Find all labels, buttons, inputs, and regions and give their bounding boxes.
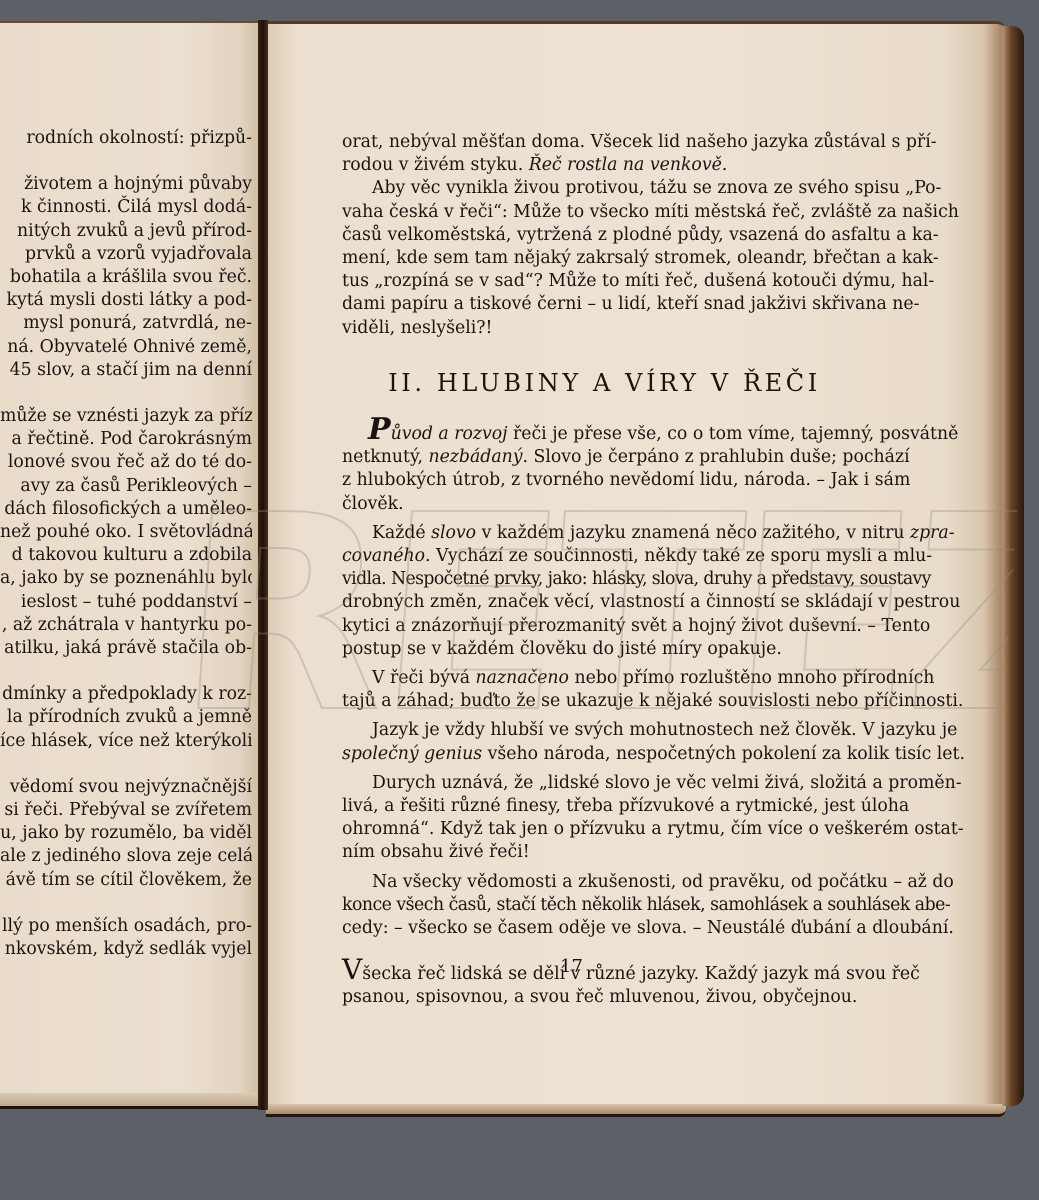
text-line: 45 slov, a stačí jim na denní: [0, 359, 252, 382]
drop-cap: V: [342, 953, 362, 986]
paragraph-7-line: Všecka řeč lidská se dělí v různé jazyky…: [342, 960, 867, 986]
text-line: rodních okolností: přizpů-: [0, 127, 252, 150]
text-line: mení, kde sem tam nějaký zakrsalý strome…: [342, 247, 867, 270]
paragraph-2-line: kytici a znázorňují přerozmanitý svět a …: [342, 615, 867, 638]
chapter-title: II. HLUBINY A VÍRY V ŘEČI: [342, 369, 867, 397]
text-line: si řeči. Přebýval se zvířetem: [0, 799, 252, 822]
paragraph-2-line: postup se v každém člověku do jisté míry…: [342, 638, 867, 661]
text-line: vědomí svou nejvýznačnější: [0, 776, 252, 799]
text-line: vaha česká v řeči“: Může to všecko míti …: [342, 201, 867, 224]
paragraph-5-line: Durych uznává, že „lidské slovo je věc v…: [342, 772, 867, 795]
right-page-bottom-edge: [266, 1104, 1006, 1117]
text-line: kytá mysli dosti látky a pod-: [0, 289, 252, 312]
paragraph-2-line: drobných změn, značek věcí, vlastností a…: [342, 591, 867, 614]
page-number: 17: [560, 956, 583, 977]
paragraph-3-line: tajů a záhad; buďto že se ukazuje k něja…: [342, 690, 867, 713]
text-line: ná. Obyvatelé Ohnivé země,: [0, 336, 252, 359]
paragraph-7-line: psanou, spisovnou, a svou řeč mluvenou, …: [342, 986, 867, 1009]
text-line: Aby věc vynikla živou protivou, tážu se …: [342, 177, 867, 200]
paragraph-5-line: ohromná“. Když tak jen o přízvuku a rytm…: [342, 818, 867, 841]
paragraph-2-line: Každé slovo v každém jazyku znamená něco…: [342, 522, 867, 545]
left-page-bottom-edge: [0, 1094, 262, 1109]
text-line: ale z jediného slova zeje celá: [0, 845, 252, 868]
text-line: rodou v živém styku. Řeč rostla na venko…: [342, 154, 867, 177]
text-line: prvků a vzorů vyjadřovala: [0, 243, 252, 266]
text-line: a, jako by se poznenáhlu bylo: [0, 567, 252, 590]
paragraph-5-line: ním obsahu živé řeči!: [342, 841, 867, 864]
left-page-text: rodních okolností: přizpů-životem a hojn…: [0, 127, 252, 961]
text-line: llý po menších osadách, pro-: [0, 915, 252, 938]
text-line: ávě tím se cítil člověkem, že: [0, 869, 252, 892]
paragraph-3-line: V řeči bývá naznačeno nebo přímo rozlušt…: [342, 667, 867, 690]
text-line: dami papíru a tiskové černi – u lidí, kt…: [342, 293, 867, 316]
text-line: nitých zvuků a jevů přírod-: [0, 220, 252, 243]
paragraph-1-line: netknutý, nezbádaný. Slovo je čerpáno z …: [342, 446, 867, 469]
text-line: lonové svou řeč až do té do-: [0, 451, 252, 474]
paragraph-gap: [0, 892, 252, 915]
book-cover-edge: [1002, 26, 1024, 1106]
paragraph-gap: [0, 382, 252, 405]
paragraph-1-line: z hlubokých útrob, z tvorného nevědomí l…: [342, 469, 867, 492]
text-line: časů velkoměstská, vytržená z plodné půd…: [342, 224, 867, 247]
text-line: u, jako by rozumělo, ba viděl: [0, 822, 252, 845]
text-line: životem a hojnými půvaby: [0, 173, 252, 196]
text-line: než pouhé oko. I světovládná: [0, 521, 252, 544]
text-line: atilku, jaká právě stačila ob-: [0, 637, 252, 660]
text-line: tus „rozpíná se v sad“? Může to míti řeč…: [342, 270, 867, 293]
text-line: , až zchátrala v hantyrku po-: [0, 614, 252, 637]
text-line: dmínky a předpoklady k roz-: [0, 683, 252, 706]
paragraph-6-line: konce všech časů, stačí těch několik hlá…: [342, 894, 867, 917]
paragraph-2-line: vidla. Nespočetné prvky, jako: hlásky, s…: [342, 568, 867, 591]
paragraph-gap: [0, 753, 252, 776]
text-line: mysl ponurá, zatvrdlá, ne-: [0, 312, 252, 335]
right-page-intro: orat, nebýval měšťan doma. Všecek lid na…: [342, 131, 867, 340]
drop-cap: P: [368, 412, 391, 447]
text-line: k činnosti. Čilá mysl dodá-: [0, 196, 252, 219]
paragraph-1-line: člověk.: [342, 493, 867, 516]
text-line: může se vznésti jazyk za příz-: [0, 405, 252, 428]
text-line: bohatila a krášlila svou řeč.: [0, 266, 252, 289]
paragraph-6-line: cedy: – všecko se časem oděje ve slova. …: [342, 917, 867, 940]
text-line: dách filosofických a uměleo-: [0, 498, 252, 521]
text-line: nkovském, když sedlák vyjel: [0, 938, 252, 961]
text-line: avy za časů Perikleových –: [0, 475, 252, 498]
paragraph-5-line: livá, a řešiti různé finesy, třeba přízv…: [342, 795, 867, 818]
paragraph-gap: [0, 660, 252, 683]
paragraph-4-line: společný genius všeho národa, nespočetný…: [342, 743, 867, 766]
text-line: viděli, neslyšeli?!: [342, 317, 867, 340]
paragraph-gap: [0, 150, 252, 173]
book-gutter: [258, 20, 268, 1110]
right-page-body: Původ a rozvoj řeči je přese vše, co o t…: [342, 420, 867, 1010]
book-spread: rodních okolností: přizpů-životem a hojn…: [0, 0, 1039, 1200]
paragraph-6-line: Na všecky vědomosti a zkušenosti, od pra…: [342, 871, 867, 894]
text-line: ieslost – tuhé poddanství –: [0, 591, 252, 614]
text-line: a řečtině. Pod čarokrásným: [0, 428, 252, 451]
paragraph-4-line: Jazyk je vždy hlubší ve svých mohutnoste…: [342, 719, 867, 742]
text-line: la přírodních zvuků a jemně: [0, 706, 252, 729]
paragraph-2-line: covaného. Vychází ze součinnosti, někdy …: [342, 545, 867, 568]
text-line: orat, nebýval měšťan doma. Všecek lid na…: [342, 131, 867, 154]
text-line: d takovou kulturu a zdobila: [0, 544, 252, 567]
paragraph-1-line: Původ a rozvoj řeči je přese vše, co o t…: [342, 420, 867, 446]
text-line: íce hlásek, více než kterýkoli: [0, 730, 252, 753]
